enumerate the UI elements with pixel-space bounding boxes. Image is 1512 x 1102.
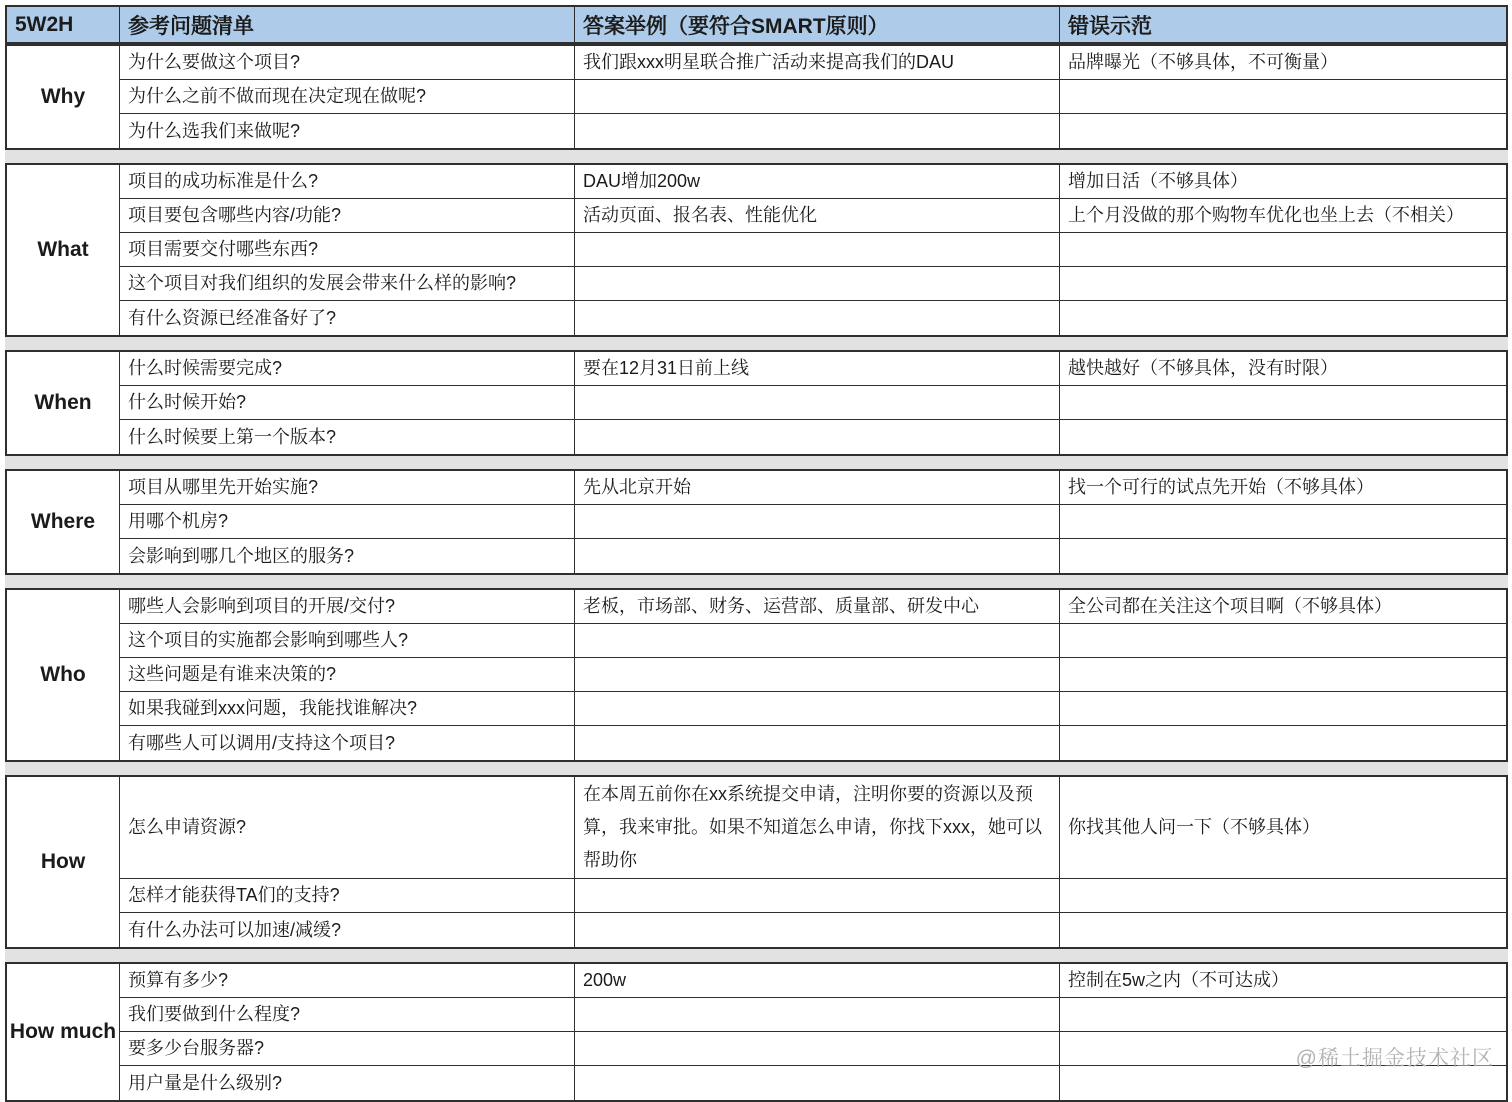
wrong-example-cell: 你找其他人问一下（不够具体） — [1060, 777, 1506, 879]
section-how-much: How much 预算有多少? 200w 控制在5w之内（不可达成） 我们要做到… — [5, 962, 1508, 1102]
question-cell: 如果我碰到xxx问题，我能找谁解决? — [120, 692, 575, 726]
question-cell: 有哪些人可以调用/支持这个项目? — [120, 726, 575, 760]
wrong-example-cell — [1060, 879, 1506, 913]
answer-cell — [575, 267, 1060, 301]
question-cell: 要多少台服务器? — [120, 1032, 575, 1066]
question-cell: 有什么资源已经准备好了? — [120, 301, 575, 335]
header-cell-questions: 参考问题清单 — [120, 7, 575, 42]
question-cell: 怎样才能获得TA们的支持? — [120, 879, 575, 913]
header-cell-wrong: 错误示范 — [1060, 7, 1506, 42]
section-what: What 项目的成功标准是什么? DAU增加200w 增加日活（不够具体） 项目… — [5, 163, 1508, 337]
question-cell: 会影响到哪几个地区的服务? — [120, 539, 575, 573]
header-cell-5w2h: 5W2H — [7, 7, 120, 42]
question-cell: 有什么办法可以加速/减缓? — [120, 913, 575, 947]
answer-cell — [575, 624, 1060, 658]
section-when: When 什么时候需要完成? 要在12月31日前上线 越快越好（不够具体，没有时… — [5, 350, 1508, 456]
answer-cell — [575, 301, 1060, 335]
header-cell-answers: 答案举例（要符合SMART原则） — [575, 7, 1060, 42]
question-cell: 项目从哪里先开始实施? — [120, 471, 575, 505]
question-cell: 项目需要交付哪些东西? — [120, 233, 575, 267]
wrong-example-cell — [1060, 505, 1506, 539]
wrong-example-cell: 找一个可行的试点先开始（不够具体） — [1060, 471, 1506, 505]
wrong-example-cell: 上个月没做的那个购物车优化也坐上去（不相关） — [1060, 199, 1506, 233]
wrong-example-cell — [1060, 913, 1506, 947]
question-cell: 项目的成功标准是什么? — [120, 165, 575, 199]
answer-cell — [575, 1032, 1060, 1066]
question-cell: 用哪个机房? — [120, 505, 575, 539]
section-why: Why 为什么要做这个项目? 我们跟xxx明星联合推广活动来提高我们的DAU 品… — [5, 44, 1508, 150]
answer-cell: 要在12月31日前上线 — [575, 352, 1060, 386]
answer-cell — [575, 420, 1060, 454]
answer-cell — [575, 539, 1060, 573]
5w2h-table: 5W2H 参考问题清单 答案举例（要符合SMART原则） 错误示范 Why 为什… — [5, 5, 1508, 1102]
answer-cell: 先从北京开始 — [575, 471, 1060, 505]
section-label: When — [7, 352, 120, 454]
section-who: Who 哪些人会影响到项目的开展/交付? 老板，市场部、财务、运营部、质量部、研… — [5, 588, 1508, 762]
section-how: How 怎么申请资源? 在本周五前你在xx系统提交申请，注明你要的资源以及预算，… — [5, 775, 1508, 949]
answer-cell — [575, 386, 1060, 420]
question-cell: 为什么要做这个项目? — [120, 46, 575, 80]
question-cell: 什么时候开始? — [120, 386, 575, 420]
answer-cell: 活动页面、报名表、性能优化 — [575, 199, 1060, 233]
header-row: 5W2H 参考问题清单 答案举例（要符合SMART原则） 错误示范 — [5, 5, 1508, 44]
answer-cell — [575, 114, 1060, 148]
section-label: Why — [7, 46, 120, 148]
answer-cell: 老板，市场部、财务、运营部、质量部、研发中心 — [575, 590, 1060, 624]
wrong-example-cell: 全公司都在关注这个项目啊（不够具体） — [1060, 590, 1506, 624]
wrong-example-cell — [1060, 692, 1506, 726]
question-cell: 哪些人会影响到项目的开展/交付? — [120, 590, 575, 624]
wrong-example-cell — [1060, 420, 1506, 454]
section-label: Who — [7, 590, 120, 760]
section-divider — [5, 949, 1508, 962]
answer-cell: 我们跟xxx明星联合推广活动来提高我们的DAU — [575, 46, 1060, 80]
answer-cell: 在本周五前你在xx系统提交申请，注明你要的资源以及预算，我来审批。如果不知道怎么… — [575, 777, 1060, 879]
section-label: How much — [7, 964, 120, 1100]
section-divider — [5, 762, 1508, 775]
question-cell: 什么时候要上第一个版本? — [120, 420, 575, 454]
wrong-example-cell — [1060, 658, 1506, 692]
wrong-example-cell — [1060, 726, 1506, 760]
section-divider — [5, 150, 1508, 163]
wrong-example-cell: 品牌曝光（不够具体，不可衡量） — [1060, 46, 1506, 80]
answer-cell: DAU增加200w — [575, 165, 1060, 199]
wrong-example-cell — [1060, 624, 1506, 658]
question-cell: 预算有多少? — [120, 964, 575, 998]
section-label: Where — [7, 471, 120, 573]
section-label: What — [7, 165, 120, 335]
question-cell: 这个项目的实施都会影响到哪些人? — [120, 624, 575, 658]
section-divider — [5, 337, 1508, 350]
wrong-example-cell — [1060, 998, 1506, 1032]
answer-cell — [575, 80, 1060, 114]
answer-cell: 200w — [575, 964, 1060, 998]
answer-cell — [575, 1066, 1060, 1100]
answer-cell — [575, 913, 1060, 947]
question-cell: 为什么之前不做而现在决定现在做呢? — [120, 80, 575, 114]
5w2h-table-page: 5W2H 参考问题清单 答案举例（要符合SMART原则） 错误示范 Why 为什… — [0, 0, 1512, 1102]
wrong-example-cell: 增加日活（不够具体） — [1060, 165, 1506, 199]
wrong-example-cell — [1060, 114, 1506, 148]
section-label: How — [7, 777, 120, 947]
question-cell: 什么时候需要完成? — [120, 352, 575, 386]
wrong-example-cell: 控制在5w之内（不可达成） — [1060, 964, 1506, 998]
answer-cell — [575, 658, 1060, 692]
answer-cell — [575, 726, 1060, 760]
answer-cell — [575, 692, 1060, 726]
answer-cell — [575, 879, 1060, 913]
section-divider — [5, 456, 1508, 469]
question-cell: 我们要做到什么程度? — [120, 998, 575, 1032]
wrong-example-cell — [1060, 539, 1506, 573]
question-cell: 项目要包含哪些内容/功能? — [120, 199, 575, 233]
wrong-example-cell — [1060, 80, 1506, 114]
question-cell: 为什么选我们来做呢? — [120, 114, 575, 148]
wrong-example-cell: 越快越好（不够具体，没有时限） — [1060, 352, 1506, 386]
wrong-example-cell — [1060, 301, 1506, 335]
wrong-example-cell — [1060, 386, 1506, 420]
question-cell: 这些问题是有谁来决策的? — [120, 658, 575, 692]
question-cell: 怎么申请资源? — [120, 777, 575, 879]
answer-cell — [575, 998, 1060, 1032]
question-cell: 这个项目对我们组织的发展会带来什么样的影响? — [120, 267, 575, 301]
answer-cell — [575, 233, 1060, 267]
answer-cell — [575, 505, 1060, 539]
section-where: Where 项目从哪里先开始实施? 先从北京开始 找一个可行的试点先开始（不够具… — [5, 469, 1508, 575]
section-divider — [5, 575, 1508, 588]
wrong-example-cell — [1060, 267, 1506, 301]
watermark: @稀土掘金技术社区 — [1296, 1042, 1494, 1072]
wrong-example-cell — [1060, 233, 1506, 267]
question-cell: 用户量是什么级别? — [120, 1066, 575, 1100]
